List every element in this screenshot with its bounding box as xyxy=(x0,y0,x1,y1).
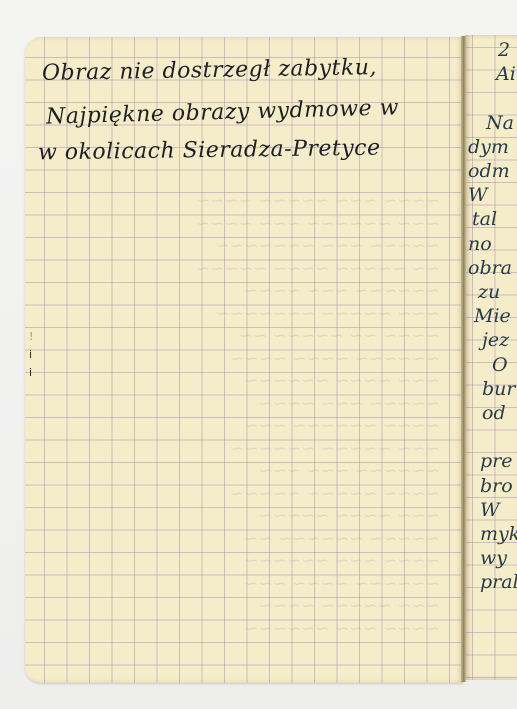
handwritten-line-3: w okolicach Sieradza-Pretyce xyxy=(38,136,381,166)
right-line: 2 xyxy=(468,38,517,62)
right-page-text: 2 Ai Na dym odm W tal no obra zu Mie jez… xyxy=(468,38,517,595)
right-line: no xyxy=(468,232,517,256)
notebook-gutter xyxy=(461,36,466,682)
right-line: myk xyxy=(468,522,517,546)
right-line: bro xyxy=(468,474,517,498)
right-line: tal xyxy=(468,207,517,231)
bleed-through-text: ~~~~ ~~~ ~~~~~ ~~~~~~~ ~~~~~~ ~~~ ~~~~~~… xyxy=(60,190,440,640)
right-line: jez xyxy=(468,328,517,352)
right-line: Mie xyxy=(468,304,517,328)
right-line: obra xyxy=(468,256,517,280)
right-line: O xyxy=(468,353,517,377)
right-line: wy xyxy=(468,546,517,570)
right-line: pre xyxy=(468,449,517,473)
margin-marks: ! i i xyxy=(29,328,33,382)
right-line: zu xyxy=(468,280,517,304)
right-line: Na xyxy=(468,111,517,135)
right-line xyxy=(468,86,517,110)
margin-mark: ! xyxy=(29,328,33,346)
right-line: odm xyxy=(468,159,517,183)
right-line xyxy=(468,425,517,449)
right-line: W xyxy=(468,498,517,522)
margin-mark: i xyxy=(29,364,33,382)
right-line: Ai xyxy=(468,62,517,86)
right-line: bur xyxy=(468,377,517,401)
right-line: od xyxy=(468,401,517,425)
right-line: W xyxy=(468,183,517,207)
margin-mark: i xyxy=(29,346,33,364)
right-line: dym xyxy=(468,135,517,159)
right-line: pral xyxy=(468,570,517,594)
